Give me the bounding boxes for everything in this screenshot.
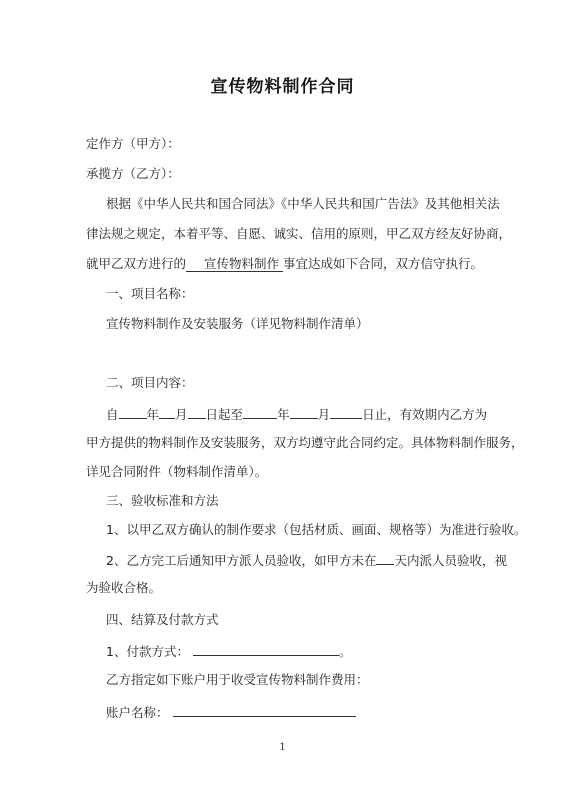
account-name-line: 账户名称： xyxy=(106,703,356,721)
start-year-blank[interactable] xyxy=(119,405,147,419)
preamble-suffix: 事宜达成如下合同，双方信守执行。 xyxy=(283,256,483,271)
section2-line-2: 甲方提供的物料制作及安装服务，双方均遵守此合同约定。具体物料制作服务， xyxy=(86,435,524,451)
item2-suffix: 天内派人员验收，视 xyxy=(394,553,507,568)
section3-item-2: 2、乙方完工后通知甲方派人员验收，如甲方未在天内派人员验收，视 xyxy=(106,551,507,569)
section4-heading: 四、结算及付款方式 xyxy=(106,612,219,628)
preamble-line-1: 根据《中华人民共和国合同法》《中华人民共和国广告法》及其他相关法 xyxy=(106,196,500,212)
date-from-label: 自 xyxy=(106,407,119,422)
party-a-label: 定作方（甲方）： xyxy=(86,136,180,152)
party-b-label: 承揽方（乙方）： xyxy=(86,166,180,182)
section3-heading: 三、验收标准和方法 xyxy=(106,493,219,509)
account-name-label: 账户名称： xyxy=(106,705,169,720)
section2-line-3: 详见合同附件（物料制作清单）。 xyxy=(86,464,267,480)
item2-prefix: 2、乙方完工后通知甲方派人员验收，如甲方未在 xyxy=(106,553,376,568)
project-name-field[interactable]: 宣传物料制作 xyxy=(186,256,283,272)
start-day-blank[interactable] xyxy=(188,405,206,419)
section3-item-1: 1、以甲乙双方确认的制作要求（包括材质、画面、规格等）为准进行验收。 xyxy=(106,522,526,538)
year-label-1: 年 xyxy=(147,407,160,422)
end-day-blank[interactable] xyxy=(330,405,362,419)
preamble-line-3: 就甲乙双方进行的宣传物料制作事宜达成如下合同，双方信守执行。 xyxy=(86,256,483,272)
section2-date-line: 自年月日起至年月日止，有效期内乙方为 xyxy=(106,405,487,423)
payment-method-line: 1、付款方式：。 xyxy=(106,642,351,660)
section2-heading: 二、项目内容： xyxy=(106,375,194,391)
year-label-2: 年 xyxy=(277,407,290,422)
document-title: 宣传物料制作合同 xyxy=(0,72,565,97)
end-month-blank[interactable] xyxy=(290,405,318,419)
payment-method-label: 1、付款方式： xyxy=(106,644,189,659)
month-label-2: 月 xyxy=(318,407,331,422)
account-name-blank[interactable] xyxy=(173,703,356,717)
preamble-prefix: 就甲乙双方进行的 xyxy=(86,256,186,271)
section1-heading: 一、项目名称： xyxy=(106,286,194,302)
preamble-line-2: 律法规之规定，本着平等、自愿、诚实、信用的原则，甲乙双方经友好协商， xyxy=(86,226,511,242)
payment-end: 。 xyxy=(339,644,352,659)
end-year-blank[interactable] xyxy=(243,405,277,419)
day-label-1: 日起至 xyxy=(206,407,244,422)
section3-item-2-cont: 为验收合格。 xyxy=(86,580,161,596)
account-intro: 乙方指定如下账户用于收受宣传物料制作费用： xyxy=(106,672,369,688)
day-label-2: 日止，有效期内乙方为 xyxy=(362,407,487,422)
document-page: 宣传物料制作合同 定作方（甲方）： 承揽方（乙方）： 根据《中华人民共和国合同法… xyxy=(0,0,565,800)
payment-method-blank[interactable] xyxy=(193,642,339,656)
page-number: 1 xyxy=(0,742,565,753)
section1-content: 宣传物料制作及安装服务（详见物料制作清单） xyxy=(106,316,369,332)
month-label-1: 月 xyxy=(175,407,188,422)
inspection-days-blank[interactable] xyxy=(376,551,394,565)
start-month-blank[interactable] xyxy=(159,405,175,419)
